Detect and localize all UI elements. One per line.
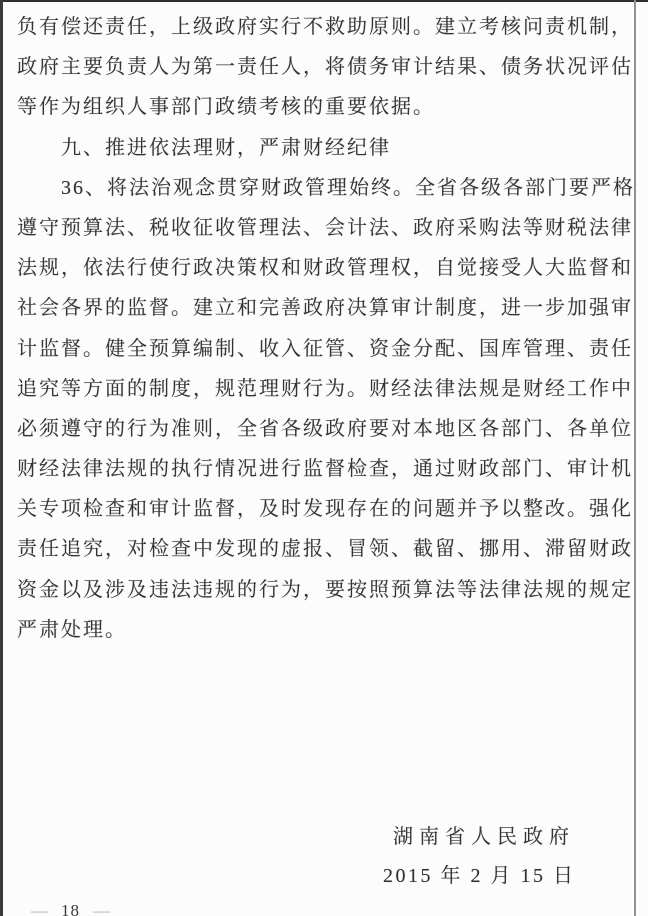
- body-line: 等作为组织人事部门政绩考核的重要依据。: [17, 87, 637, 127]
- body-line: 追究等方面的制度，规范理财行为。财经法律法规是财经工作中: [17, 369, 637, 409]
- document-page: 负有偿还责任，上级政府实行不救助原则。建立考核问责机制， 政府主要负责人为第一责…: [0, 0, 648, 916]
- body-line: 资金以及涉及违法违规的行为，要按照预算法等法律法规的规定: [17, 570, 637, 610]
- page-top-edge: [0, 0, 648, 2]
- paragraph-start-line: 36、将法治观念贯穿财政管理始终。全省各级各部门要严格: [17, 168, 637, 208]
- body-line: 政府主要负责人为第一责任人，将债务审计结果、债务状况评估: [17, 47, 637, 87]
- body-line: 责任追究，对检查中发现的虚报、冒领、截留、挪用、滞留财政: [17, 529, 637, 569]
- page-left-edge: [0, 0, 3, 916]
- issue-date: 2015 年 2 月 15 日: [383, 859, 576, 888]
- body-line: 负有偿还责任，上级政府实行不救助原则。建立考核问责机制，: [17, 7, 637, 47]
- page-number: 18: [61, 901, 80, 916]
- section-heading: 九、推进依法理财，严肃财经纪律: [17, 128, 637, 168]
- body-line: 严肃处理。: [17, 610, 637, 650]
- page-footer: —18—: [31, 901, 110, 916]
- issuer-signature: 湖南省人民政府: [393, 820, 575, 849]
- body-line: 社会各界的监督。建立和完善政府决算审计制度，进一步加强审: [17, 288, 637, 328]
- document-body: 负有偿还责任，上级政府实行不救助原则。建立考核问责机制， 政府主要负责人为第一责…: [17, 7, 637, 650]
- footer-dash-right: —: [93, 901, 110, 916]
- footer-dash-left: —: [31, 901, 48, 916]
- body-line: 必须遵守的行为准则，全省各级政府要对本地区各部门、各单位: [17, 409, 637, 449]
- body-line: 关专项检查和审计监督，及时发现存在的问题并予以整改。强化: [17, 489, 637, 529]
- body-line: 遵守预算法、税收征收管理法、会计法、政府采购法等财税法律: [17, 208, 637, 248]
- body-line: 法规，依法行使行政决策权和财政管理权，自觉接受人大监督和: [17, 248, 637, 288]
- body-line: 计监督。健全预算编制、收入征管、资金分配、国库管理、责任: [17, 329, 637, 369]
- body-line: 财经法律法规的执行情况进行监督检查，通过财政部门、审计机: [17, 449, 637, 489]
